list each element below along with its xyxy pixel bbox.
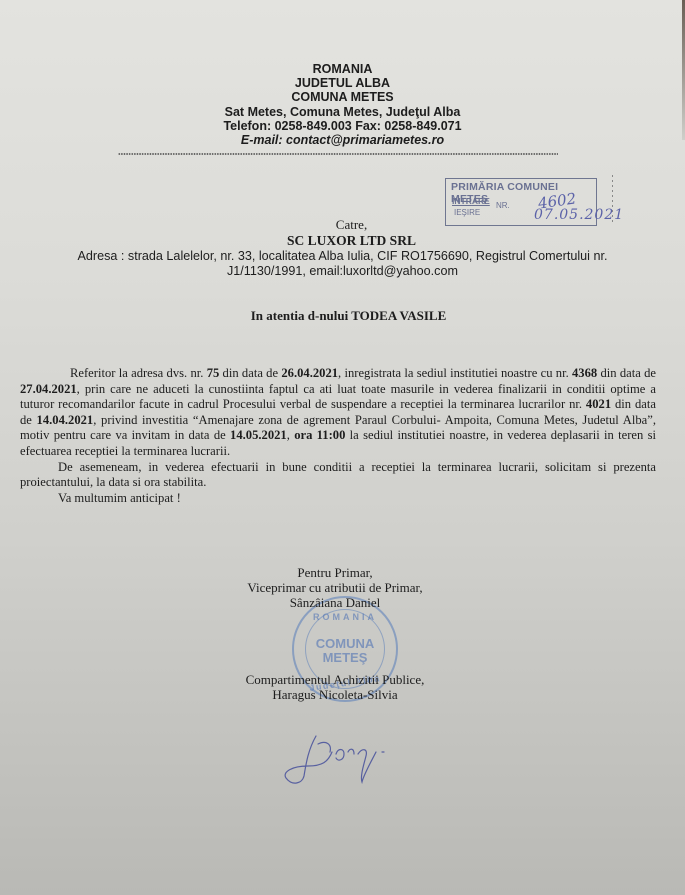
recipient-company: SC LUXOR LTD SRL [0, 232, 685, 249]
stamp-nr-label: NR. [496, 201, 510, 210]
signature-line-officer: Haragus Nicoleta-Silvia [195, 687, 475, 702]
body-paragraph-3: Va multumim anticipat ! [20, 491, 656, 507]
handwritten-signature-icon [278, 730, 398, 790]
recipient-address-line1: Adresa : strada Lalelelor, nr. 33, local… [0, 249, 685, 264]
signature-line-role: Viceprimar cu atributii de Primar, [195, 580, 475, 595]
recipient-address-line2: J1/1130/1991, email:luxorltd@yahoo.com [0, 264, 685, 279]
letterhead-country: ROMANIA [0, 62, 685, 76]
attention-line: In atentia d-nului TODEA VASILE [0, 308, 685, 324]
recipient-block: Catre, SC LUXOR LTD SRL Adresa : strada … [0, 218, 685, 279]
letterhead-commune: COMUNA METES [0, 90, 685, 104]
letterhead-phone-fax: Telefon: 0258-849.003 Fax: 0258-849.071 [0, 119, 685, 133]
signature-line-name: Sânzâiana Daniel [195, 595, 475, 610]
body-paragraph-2: De asemeneam, in vederea efectuarii in b… [20, 460, 656, 491]
letterhead-address: Sat Metes, Comuna Metes, Judeţul Alba [0, 105, 685, 119]
letter-body: Referitor la adresa dvs. nr. 75 din data… [20, 366, 656, 506]
letterhead: ROMANIA JUDETUL ALBA COMUNA METES Sat Me… [0, 62, 685, 147]
body-paragraph-1: Referitor la adresa dvs. nr. 75 din data… [20, 366, 656, 460]
signature-line-for-mayor: Pentru Primar, [195, 565, 475, 580]
signature-block: Pentru Primar, Viceprimar cu atributii d… [195, 565, 475, 702]
stamp-in-label: INTRARE [452, 196, 490, 206]
recipient-to-label: Catre, [0, 218, 685, 232]
signature-line-department: Compartimentul Achizitii Publice, [195, 672, 475, 687]
dotted-divider [118, 153, 558, 155]
letterhead-county: JUDETUL ALBA [0, 76, 685, 90]
stamp-out-label: IEŞIRE [454, 208, 480, 217]
letterhead-email: E-mail: contact@primariametes.ro [0, 133, 685, 147]
